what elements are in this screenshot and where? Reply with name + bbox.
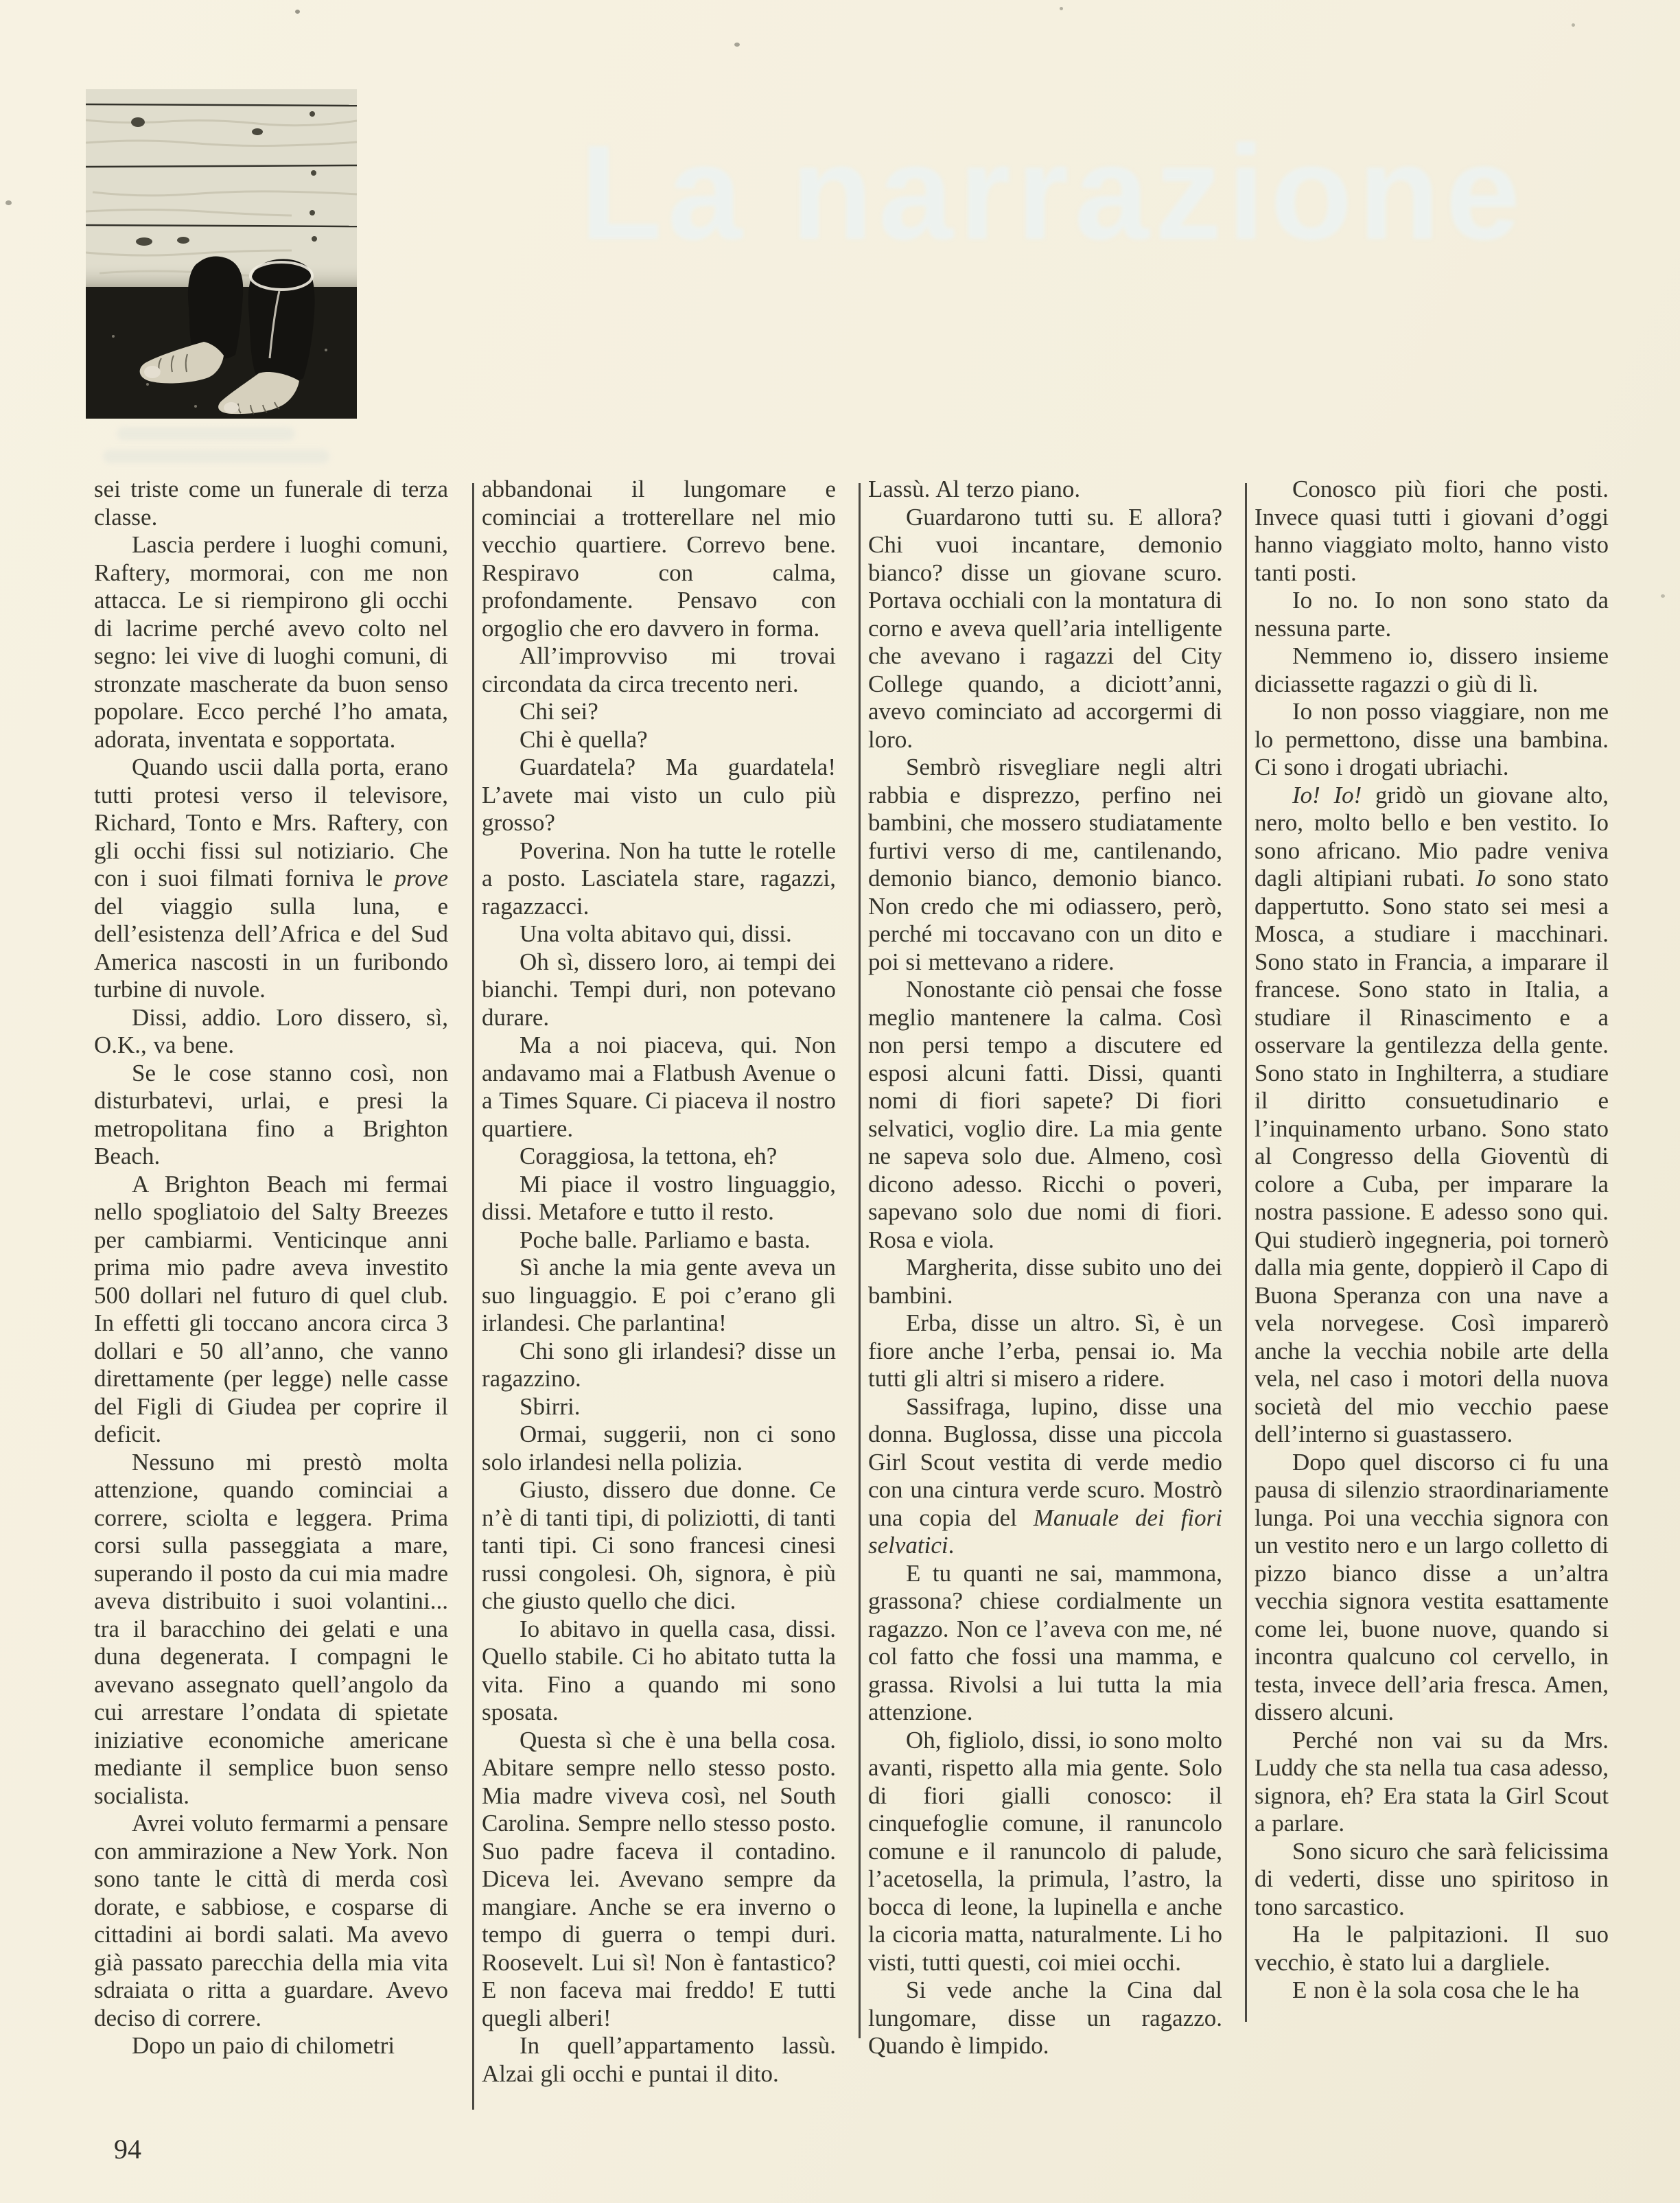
paragraph: Sembrò risvegliare negli altri rabbia e … xyxy=(868,754,1222,976)
paragraph: Sassifraga, lupino, disse una donna. Bug… xyxy=(868,1393,1222,1560)
column-rule xyxy=(859,483,861,2038)
paragraph: Nonostante ciò pensai che fosse meglio m… xyxy=(868,976,1222,1254)
paragraph: Guardatela? Ma guardatela! L’avete mai v… xyxy=(482,754,836,837)
paragraph: Oh, figliolo, dissi, io sono molto avant… xyxy=(868,1727,1222,1977)
paragraph: Dissi, addio. Loro dissero, sì, O.K., va… xyxy=(94,1004,448,1060)
paragraph: E non è la sola cosa che le ha xyxy=(1255,1977,1609,2005)
paragraph: Ha le palpitazioni. Il suo vecchio, è st… xyxy=(1255,1921,1609,1977)
paper-speck xyxy=(1060,7,1063,10)
paragraph: Si vede anche la Cina dal lungomare, dis… xyxy=(868,1977,1222,2060)
paragraph: Ormai, suggerii, non ci sono solo irland… xyxy=(482,1421,836,1476)
paragraph: Margherita, disse subito uno dei bambini… xyxy=(868,1254,1222,1309)
paragraph: Io abitavo in quella casa, dissi. Quello… xyxy=(482,1616,836,1727)
paragraph: Sbirri. xyxy=(482,1393,836,1421)
boots-feet-painting-illustration xyxy=(86,89,357,419)
paragraph: Oh sì, dissero loro, ai tempi dei bianch… xyxy=(482,948,836,1032)
paragraph: Io non posso viaggiare, non me lo permet… xyxy=(1255,698,1609,782)
paragraph: A Brighton Beach mi fermai nello spoglia… xyxy=(94,1171,448,1449)
paragraph: Guardarono tutti su. E allora? Chi vuoi … xyxy=(868,504,1222,754)
paragraph: Nemmeno io, dissero insieme diciassette … xyxy=(1255,642,1609,698)
magazine-page: { "page": { "number": "94", "ghost_title… xyxy=(0,0,1680,2203)
paragraph: Chi è quella? xyxy=(482,726,836,754)
paragraph: Perché non vai su da Mrs. Luddy che sta … xyxy=(1255,1727,1609,1838)
text-column-1: sei triste come un funerale di terza cla… xyxy=(94,476,448,2060)
paper-speck xyxy=(5,200,12,205)
article-photo xyxy=(86,89,357,419)
paragraph: Sì anche la mia gente aveva un suo lingu… xyxy=(482,1254,836,1338)
paragraph: All’improvviso mi trovai circondata da c… xyxy=(482,642,836,698)
paragraph: E tu quanti ne sai, mammona, grassona? c… xyxy=(868,1560,1222,1727)
paragraph: Chi sono gli irlandesi? disse un ragazzi… xyxy=(482,1338,836,1393)
paragraph: Questa sì che è una bella cosa. Abitare … xyxy=(482,1727,836,2033)
ghost-caption-line xyxy=(103,450,329,463)
paragraph: abbandonai il lungomare e cominciai a tr… xyxy=(482,476,836,642)
paragraph: Conosco più fiori che posti. Invece quas… xyxy=(1255,476,1609,587)
paragraph: Una volta abitavo qui, dissi. xyxy=(482,920,836,948)
paper-speck xyxy=(1572,23,1575,27)
paragraph: Poche balle. Parliamo e basta. xyxy=(482,1226,836,1255)
column-rule xyxy=(472,483,474,2110)
text-column-3: Lassù. Al terzo piano.Guardarono tutti s… xyxy=(868,476,1222,2060)
paragraph: Avrei voluto fermarmi a pensare con ammi… xyxy=(94,1810,448,2032)
paragraph: Dopo quel discorso ci fu una pausa di si… xyxy=(1255,1449,1609,1727)
text-column-2: abbandonai il lungomare e cominciai a tr… xyxy=(482,476,836,2088)
paragraph: Coraggiosa, la tettona, eh? xyxy=(482,1143,836,1171)
paragraph: Nessuno mi prestò molta attenzione, quan… xyxy=(94,1449,448,1810)
paragraph: Dopo un paio di chilometri xyxy=(94,2032,448,2060)
column-rule xyxy=(1245,483,1247,2022)
paragraph: sei triste come un funerale di terza cla… xyxy=(94,476,448,531)
paragraph: Giusto, dissero due donne. Ce n’è di tan… xyxy=(482,1476,836,1616)
ghost-show-through-title: La narrazione xyxy=(580,115,1602,270)
paragraph: Erba, disse un altro. Sì, è un fiore anc… xyxy=(868,1309,1222,1393)
paragraph: Lassù. Al terzo piano. xyxy=(868,476,1222,504)
paragraph: Quando uscii dalla porta, erano tutti pr… xyxy=(94,754,448,1004)
paper-speck xyxy=(734,43,740,47)
text-column-4: Conosco più fiori che posti. Invece quas… xyxy=(1255,476,1609,2005)
ghost-caption-line xyxy=(117,427,295,441)
paragraph: Poverina. Non ha tutte le rotelle a post… xyxy=(482,837,836,921)
paragraph: In quell’appartamento lassù. Alzai gli o… xyxy=(482,2032,836,2088)
paragraph: Io! Io! gridò un giovane alto, nero, mol… xyxy=(1255,782,1609,1449)
paragraph: Mi piace il vostro linguaggio, dissi. Me… xyxy=(482,1171,836,1226)
paragraph: Io no. Io non sono stato da nessuna part… xyxy=(1255,587,1609,642)
paragraph: Se le cose stanno così, non disturbatevi… xyxy=(94,1060,448,1171)
paper-speck xyxy=(1661,594,1665,598)
paragraph: Sono sicuro che sarà felicissima di vede… xyxy=(1255,1838,1609,1922)
paragraph: Lascia perdere i luoghi comuni, Raftery,… xyxy=(94,531,448,754)
paragraph: Chi sei? xyxy=(482,698,836,726)
paragraph: Ma a noi piaceva, qui. Non andavamo mai … xyxy=(482,1031,836,1143)
paper-speck xyxy=(295,10,300,14)
page-number: 94 xyxy=(114,2133,141,2165)
